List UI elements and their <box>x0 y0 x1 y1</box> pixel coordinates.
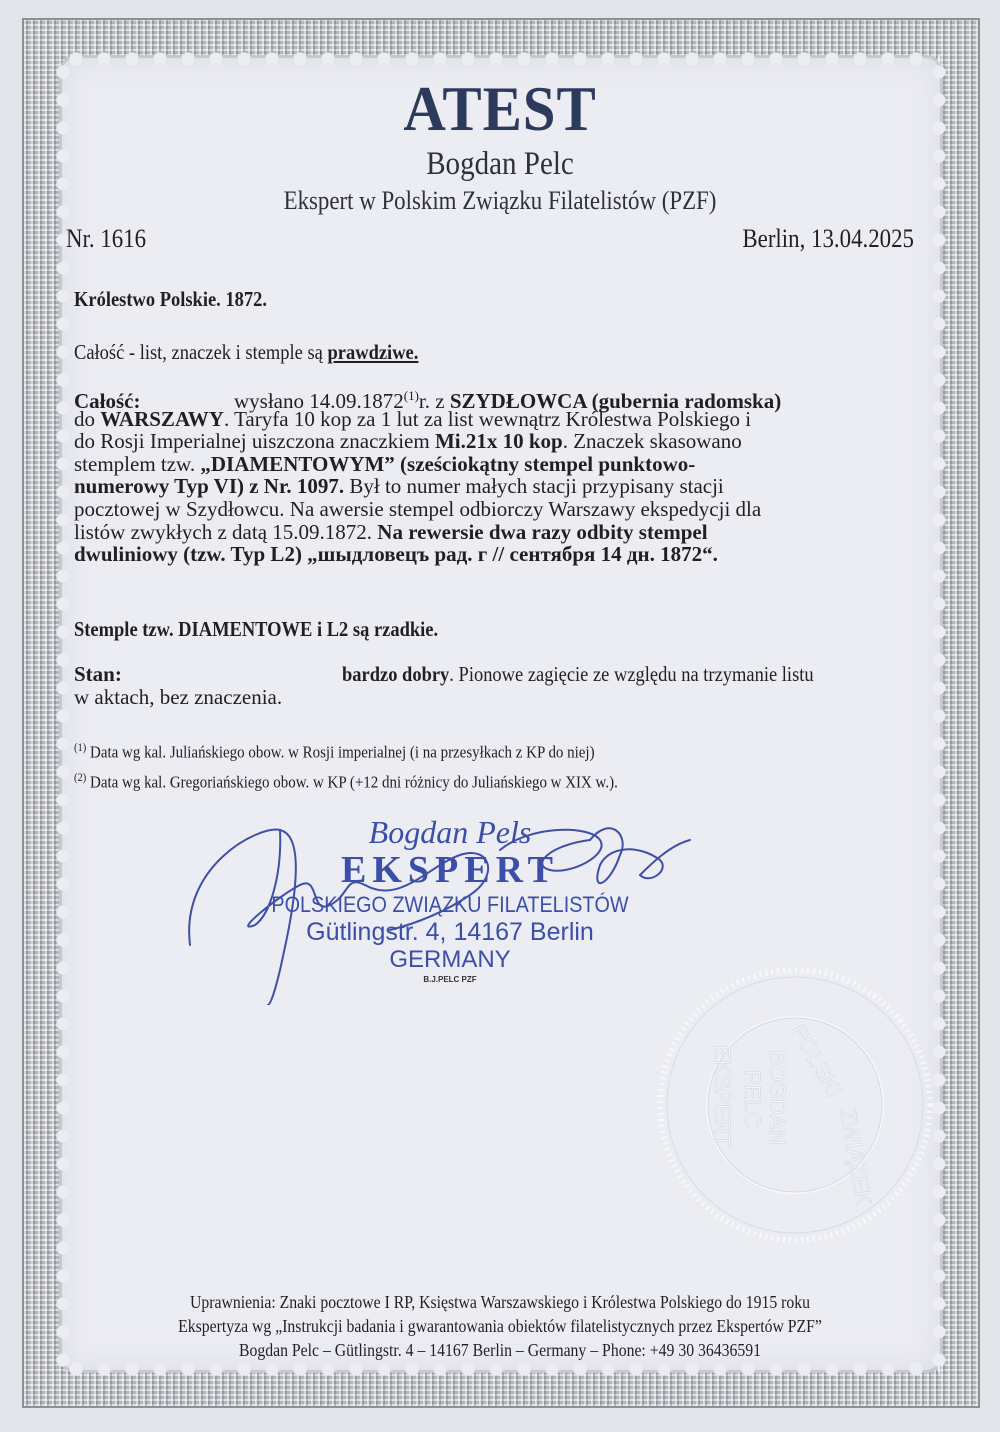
footnote-mark: (2) <box>74 770 86 784</box>
text: . Znaczek skasowano <box>563 429 742 453</box>
condition-label: Stan: <box>74 663 342 686</box>
text: Mi.21x 10 kop <box>435 429 563 453</box>
condition-paragraph: Stan:bardzo dobry. Pionowe zagięcie ze w… <box>74 663 912 708</box>
svg-text:ZWIĄZEK: ZWIĄZEK <box>835 1107 877 1208</box>
text: . Pionowe zagięcie ze względu na trzyman… <box>449 662 813 686</box>
footnote-text: Data wg kal. Gregoriańskiego obow. w KP … <box>86 773 618 792</box>
text: . Taryfa 10 kop za 1 lut za list wewnątr… <box>224 407 751 431</box>
stamp-script-name: Bogdan Pels <box>300 814 600 851</box>
text: stemplem tzw. <box>74 452 200 476</box>
embossed-seal-icon: POLSKI ZWIĄZEK BOGDAN PELC EKSPERT <box>650 960 940 1250</box>
footnote-2: (2) Data wg kal. Gregoriańskiego obow. w… <box>74 770 618 793</box>
stamp-title: EKSPERT <box>300 848 600 892</box>
svg-text:POLSKI: POLSKI <box>786 1020 847 1101</box>
section-title: Królestwo Polskie. 1872. <box>74 287 267 312</box>
desc-line-7: listów zwykłych z datą 15.09.1872. Na re… <box>74 521 708 544</box>
text: do <box>74 407 100 431</box>
text: WARSZAWY <box>100 407 224 431</box>
text: numerowy Typ VI) z Nr. 1097. <box>74 474 344 498</box>
stamp-address: Gütlingstr. 4, 14167 Berlin <box>230 918 670 947</box>
expert-name: Bogdan Pelc <box>60 146 940 183</box>
stamp-mini-mark: B.J.PELC PZF <box>400 975 500 984</box>
footnote-1: (1) Data wg kal. Juliańskiego obow. w Ro… <box>74 740 595 763</box>
stamp-country: GERMANY <box>330 946 570 974</box>
svg-text:BOGDAN: BOGDAN <box>765 1050 790 1145</box>
footnote-mark: (1) <box>74 740 86 754</box>
condition-line-2: w aktach, bez znaczenia. <box>74 686 282 709</box>
place-date: Berlin, 13.04.2025 <box>742 224 914 254</box>
desc-line-5: numerowy Typ VI) z Nr. 1097. Był to nume… <box>74 475 724 498</box>
text: pocztowej w Szydłowcu. Na awersie stempe… <box>74 497 761 521</box>
text: Na rewersie dwa razy odbity stempel <box>377 520 707 544</box>
desc-line-6: pocztowej w Szydłowcu. Na awersie stempe… <box>74 498 761 521</box>
footer-line-2: Ekspertyza wg „Instrukcji badania i gwar… <box>50 1316 950 1337</box>
authenticity-verdict: prawdziwe. <box>328 340 419 364</box>
text: listów zwykłych z datą 15.09.1872. <box>74 520 377 544</box>
stamp-organization: POLSKIEGO ZWIĄZKU FILATELISTÓW <box>270 892 630 918</box>
footer-line-1: Uprawnienia: Znaki pocztowe I RP, Księst… <box>50 1292 950 1313</box>
svg-text:EKSPERT: EKSPERT <box>710 1045 735 1147</box>
scallop-edge-bottom <box>62 1362 940 1376</box>
footnote-ref: (1) <box>404 388 419 403</box>
expert-role: Ekspert w Polskim Związku Filatelistów (… <box>60 186 940 216</box>
text: dwuliniowy (tzw. Typ L2) „шыдловецъ рад.… <box>74 542 718 566</box>
desc-line-4: stemplem tzw. „DIAMENTOWYM” (sześciokątn… <box>74 453 695 476</box>
footnote-text: Data wg kal. Juliańskiego obow. w Rosji … <box>86 743 594 762</box>
rarity-note: Stemple tzw. DIAMENTOWE i L2 są rzadkie. <box>74 617 438 642</box>
certificate-number: Nr. 1616 <box>66 224 146 254</box>
condition-grade: bardzo dobry <box>342 662 449 686</box>
scallop-edge-top <box>62 52 940 66</box>
text: w aktach, bez znaczenia. <box>74 685 282 709</box>
text: „DIAMENTOWYM” (sześciokątny stempel punk… <box>200 452 695 476</box>
condition-line-1: Stan:bardzo dobry. Pionowe zagięcie ze w… <box>74 663 878 686</box>
authenticity-prefix: Całość - list, znaczek i stemple są <box>74 340 328 364</box>
desc-line-2: do WARSZAWY. Taryfa 10 kop za 1 lut za l… <box>74 408 751 431</box>
text: Był to numer małych stacji przypisany st… <box>344 474 724 498</box>
footer-line-3: Bogdan Pelc – Gütlingstr. 4 – 14167 Berl… <box>50 1340 950 1361</box>
authenticity-statement: Całość - list, znaczek i stemple są praw… <box>74 340 418 365</box>
document-title: ATEST <box>40 72 960 146</box>
desc-line-3: do Rosji Imperialnej uiszczona znaczkiem… <box>74 430 742 453</box>
text: do Rosji Imperialnej uiszczona znaczkiem <box>74 429 435 453</box>
desc-line-8: dwuliniowy (tzw. Typ L2) „шыдловецъ рад.… <box>74 543 718 566</box>
scallop-edge-left <box>56 58 70 1370</box>
description-paragraph: Całość:wysłano 14.09.1872(1)r. z SZYDŁOW… <box>74 385 912 566</box>
svg-text:PELC: PELC <box>740 1070 765 1128</box>
